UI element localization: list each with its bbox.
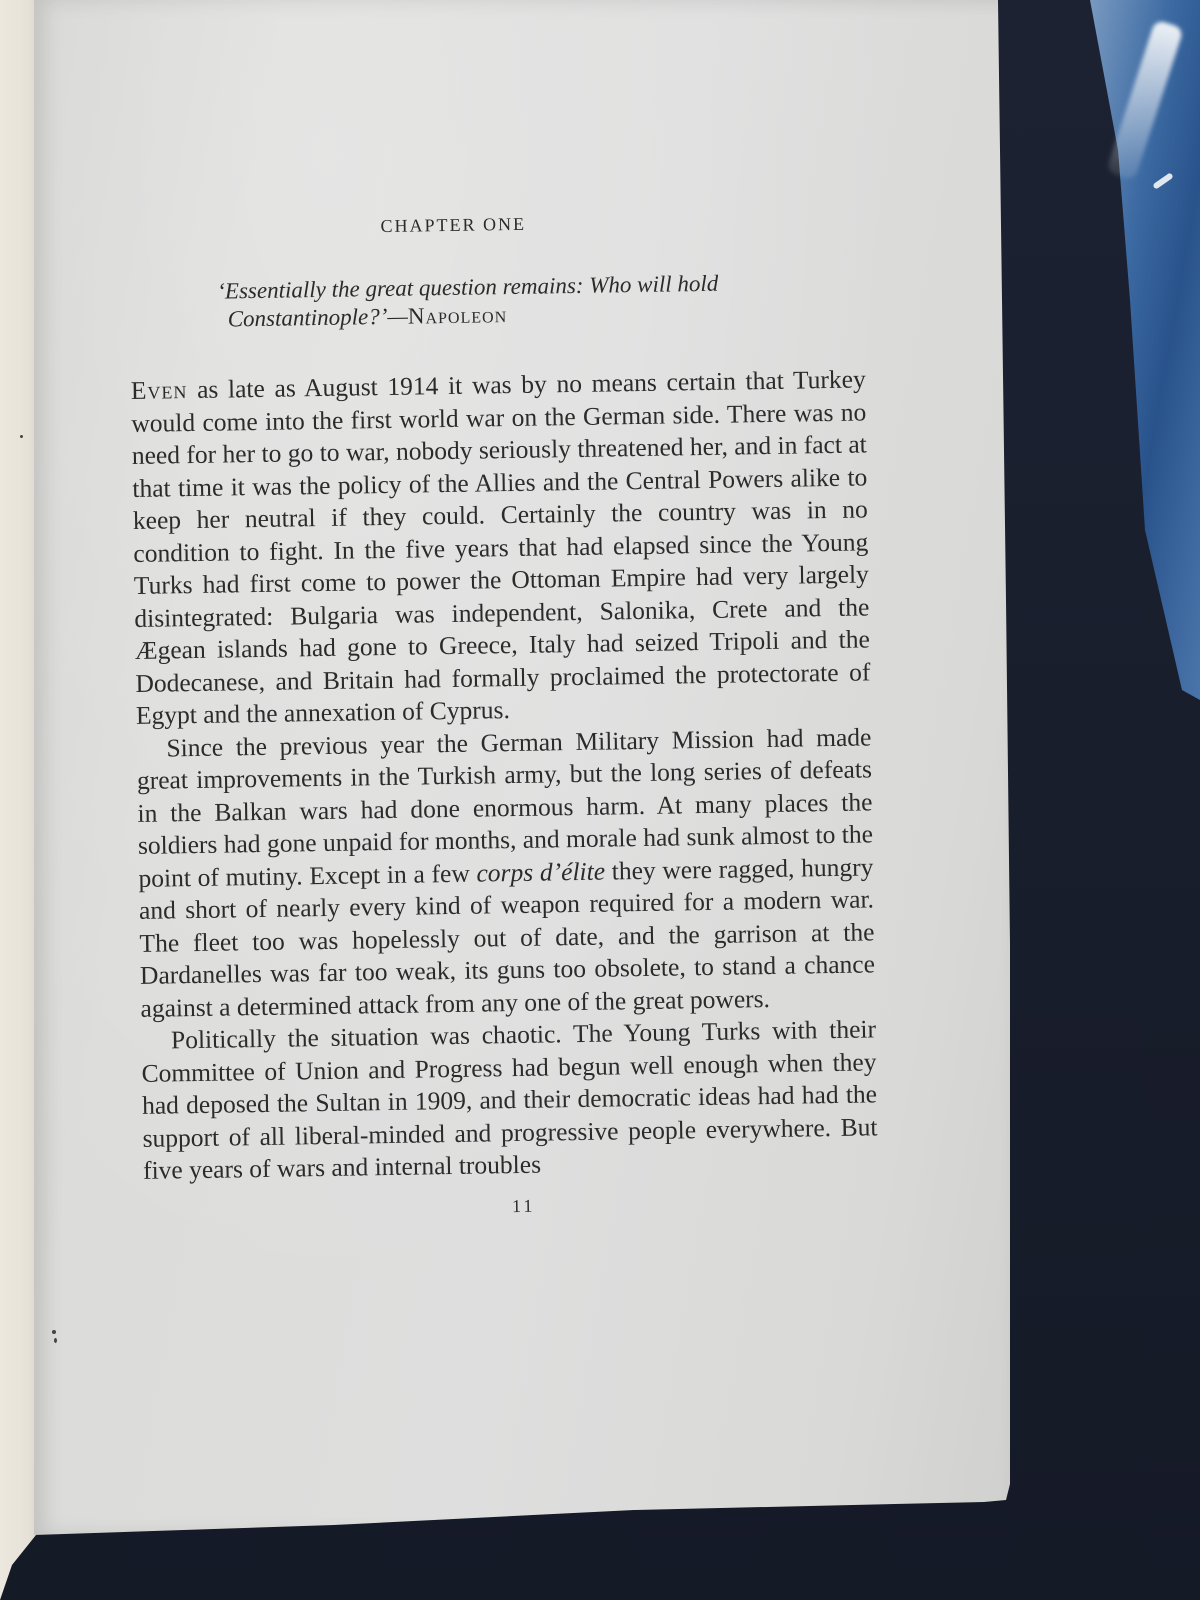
epigraph-attribution: Napoleon [408,302,508,329]
paper-speck [52,1330,56,1334]
paragraph-3-text: Politically the situation was chaotic. T… [141,1014,877,1185]
paragraph-1: Even as late as August 1914 it was by no… [131,363,872,732]
lead-word: Even [131,375,188,405]
paper-speck [54,1338,57,1343]
paper-speck [20,435,23,438]
chapter-title: CHAPTER ONE [128,210,778,241]
epigraph-quote-end: Constantinople?’— [228,304,409,332]
paragraph-2-italic: corps d’élite [476,856,605,887]
epigraph: ‘Essentially the great question remains:… [217,267,865,333]
paragraph-2: Since the previous year the German Milit… [136,721,876,1025]
body-text: Even as late as August 1914 it was by no… [131,363,879,1187]
paragraph-3: Politically the situation was chaotic. T… [141,1013,878,1187]
epigraph-line-1: ‘Essentially the great question remains:… [217,271,718,304]
paragraph-1-text: as late as August 1914 it was by no mean… [131,364,870,730]
page-text: CHAPTER ONE ‘Essentially the great quest… [128,198,879,1222]
photo-scene: CHAPTER ONE ‘Essentially the great quest… [0,0,1200,1600]
